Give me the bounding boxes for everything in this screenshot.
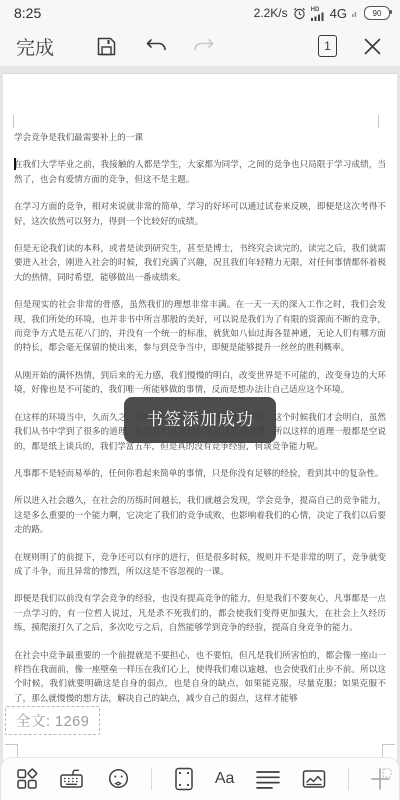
done-button[interactable]: 完成 <box>16 33 54 60</box>
battery-icon: 90 <box>364 6 390 20</box>
toolbar-divider <box>151 768 152 790</box>
frame-icon[interactable] <box>173 766 195 792</box>
margin-mark-bottom-left-v <box>17 744 18 757</box>
signal-icon: HD <box>311 6 325 21</box>
network-speed: 2.2K/s <box>254 6 288 20</box>
margin-mark-bottom-right-v <box>382 744 383 757</box>
margin-mark-top-right <box>378 115 379 128</box>
paragraph: 在规则明了的前提下，竞争还可以有序的进行，但是很多时候，规则并不是非常的明了，竞… <box>14 550 386 579</box>
keyboard-icon[interactable] <box>59 767 85 791</box>
toolbar-divider <box>348 768 349 790</box>
shapes-icon[interactable] <box>15 767 39 791</box>
table-insert-icon[interactable] <box>369 766 393 792</box>
battery-percent: 90 <box>373 9 382 18</box>
document-title: 学会竞争是我们最需要补上的一课 <box>14 130 386 144</box>
toast-bookmark-added: 书签添加成功 <box>124 397 276 443</box>
emoji-icon[interactable] <box>106 767 131 791</box>
sim2-signal-icon <box>352 4 359 22</box>
paragraph: 即便是我们以前没有学会竞争的经验，也没有提高竞争的能力，但是我们不要灰心，凡事都… <box>14 591 386 634</box>
paragraph: 在社会中竞争最重要的一个前提就是不要担心，也不要怕，但凡是我们所害怕的，都会像一… <box>14 648 386 706</box>
clock-time: 8:25 <box>14 5 41 21</box>
paragraph-lines-icon[interactable] <box>255 768 281 790</box>
margin-mark-top-left <box>13 115 14 128</box>
page-count: 1 <box>324 39 331 53</box>
save-icon[interactable] <box>96 36 117 57</box>
word-count-badge: 全文: 1269 <box>5 706 100 735</box>
alarm-icon <box>293 7 306 20</box>
bottom-toolbar: Aa <box>0 757 400 800</box>
network-type: 4G <box>330 6 347 21</box>
image-icon[interactable] <box>301 767 327 791</box>
paragraph: 凡事都不是轻而易举的，任何你看起来简单的事情，只是你没有足够的经验，看到其中的复… <box>14 466 386 480</box>
paragraph: 所以进入社会越久，在社会的历练时间越长，我们就越会发现，学会竞争，提高自己的竞争… <box>14 493 386 536</box>
close-icon[interactable] <box>363 37 382 56</box>
paragraph: 从刚开始的满怀热情，到后来的无力感，我们慢慢的明白，改变世界是不可能的，改变身边… <box>14 368 386 397</box>
paragraph: 但是现实的社会非常的骨感，虽然我们的理想非常丰满。在一天一天的深入工作之时，我们… <box>14 297 386 355</box>
text-cursor <box>14 158 16 170</box>
font-icon[interactable]: Aa <box>215 770 235 788</box>
margin-mark-bottom-right <box>382 744 395 745</box>
edit-toolbar: 完成 1 <box>0 26 400 67</box>
undo-icon[interactable] <box>145 37 168 56</box>
paragraph: 但是无论我们读的本科，或者是读到研究生，甚至是博士，书终究会读完的，读完之后，我… <box>14 241 386 284</box>
redo-icon <box>192 37 215 56</box>
hd-label: HD <box>311 7 320 13</box>
page-count-button[interactable]: 1 <box>318 35 337 57</box>
paragraph: 在学习方面的竞争，相对来说就非常的简单，学习的好坏可以通过试卷来反映，即便是这次… <box>14 199 386 228</box>
status-bar: 8:25 2.2K/s HD 4G 90 <box>0 0 400 26</box>
paragraph: 在我们大学毕业之前，我接触的人都是学生，大家都为同学，之间的竞争也只局限于学习成… <box>14 157 386 186</box>
